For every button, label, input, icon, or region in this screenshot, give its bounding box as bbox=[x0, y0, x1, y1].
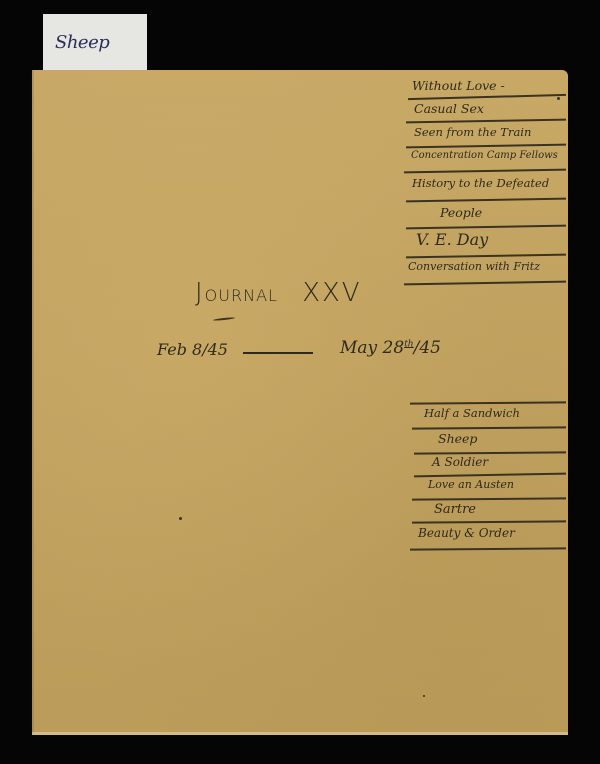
title-numeral: XXV bbox=[302, 278, 361, 308]
toc-entry: V. E. Day bbox=[416, 230, 488, 249]
toc-entry: A Soldier bbox=[432, 455, 488, 469]
date-from: Feb 8/45 bbox=[157, 340, 228, 359]
date-range-dash bbox=[243, 352, 313, 354]
toc-entry: Conversation with Fritz bbox=[408, 260, 540, 273]
ink-speck bbox=[179, 517, 182, 520]
journal-title: JOURNAL XXV bbox=[195, 278, 362, 308]
date-to-main: May 28 bbox=[340, 338, 404, 358]
ink-speck bbox=[557, 97, 560, 100]
toc-entry: Without Love - bbox=[412, 78, 505, 93]
ink-speck bbox=[423, 695, 425, 697]
toc-entry: People bbox=[440, 205, 482, 220]
toc-entry: Sheep bbox=[438, 431, 477, 446]
toc-entry: Concentration Camp Fellows bbox=[411, 150, 558, 161]
toc-entry: Love an Austen bbox=[428, 478, 514, 491]
toc-entry: Sartre bbox=[434, 502, 476, 517]
toc-entry: History to the Defeated bbox=[412, 176, 549, 190]
date-to: May 28th/45 bbox=[340, 338, 441, 358]
toc-entry: Seen from the Train bbox=[414, 125, 531, 139]
title-rest: OURNAL bbox=[205, 286, 278, 305]
index-tag: Sheep bbox=[43, 14, 147, 71]
toc-entry: Half a Sandwich bbox=[424, 406, 520, 420]
tag-label: Sheep bbox=[55, 32, 109, 53]
toc-entry: Beauty & Order bbox=[418, 526, 515, 540]
date-to-suffix: th bbox=[404, 339, 413, 349]
toc-entry: Casual Sex bbox=[414, 101, 484, 116]
title-initial: J bbox=[195, 278, 205, 308]
date-to-year: /45 bbox=[414, 338, 441, 358]
